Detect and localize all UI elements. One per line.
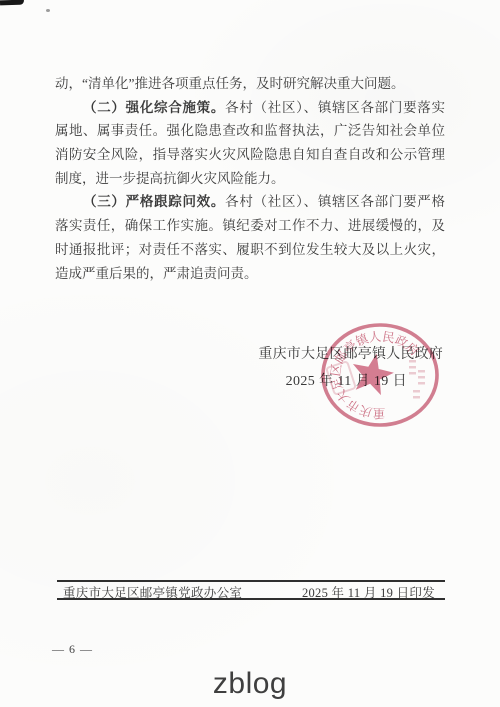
section-heading: （二）强化综合施策。 <box>83 100 225 115</box>
body-line: 时通报批评；对责任不落实、履职不到位发生较大及以上火灾， <box>55 238 445 262</box>
body-line: （二）强化综合施策。各村（社区）、镇辖区各部门要落实 <box>55 96 445 120</box>
scan-artifact-dot <box>46 9 50 12</box>
section-heading: （三）严格跟踪问效。 <box>83 194 225 209</box>
seal-serial-marks <box>409 360 425 399</box>
star-icon <box>348 349 397 397</box>
body-line: （三）严格跟踪问效。各村（社区）、镇辖区各部门要严格 <box>55 190 445 214</box>
body-line: 造成严重后果的，严肃追责问责。 <box>55 262 445 286</box>
footer-rule-bottom <box>57 598 445 600</box>
scan-artifact-mark <box>0 0 24 5</box>
body-line: 消防安全风险，指导落实火灾风险隐患自知自查自改和公示管理 <box>55 143 445 167</box>
body-line-text: 各村（社区）、镇辖区各部门要严格 <box>225 194 445 209</box>
page-number: — 6 — <box>52 642 93 657</box>
scanned-document-page: 动，“清单化”推进各项重点任务，及时研究解决重大问题。 （二）强化综合施策。各村… <box>0 0 500 707</box>
body-line-text: 各村（社区）、镇辖区各部门要落实 <box>225 100 445 115</box>
body-line: 制度，进一步提高抗御火灾风险能力。 <box>55 167 445 191</box>
body-line: 动，“清单化”推进各项重点任务，及时研究解决重大问题。 <box>55 72 445 96</box>
footer-rule-top <box>57 580 445 582</box>
document-body: 动，“清单化”推进各项重点任务，及时研究解决重大问题。 （二）强化综合施策。各村… <box>55 72 445 285</box>
body-line: 属地、属事责任。强化隐患查改和监督执法，广泛告知社会单位 <box>55 119 445 143</box>
watermark-zblog: zblog <box>0 667 500 701</box>
body-line: 落实责任，确保工作实施。镇纪委对工作不力、进展缓慢的，及 <box>55 214 445 238</box>
official-seal: 重庆市大足区邮亭镇人民政府 <box>310 314 450 436</box>
